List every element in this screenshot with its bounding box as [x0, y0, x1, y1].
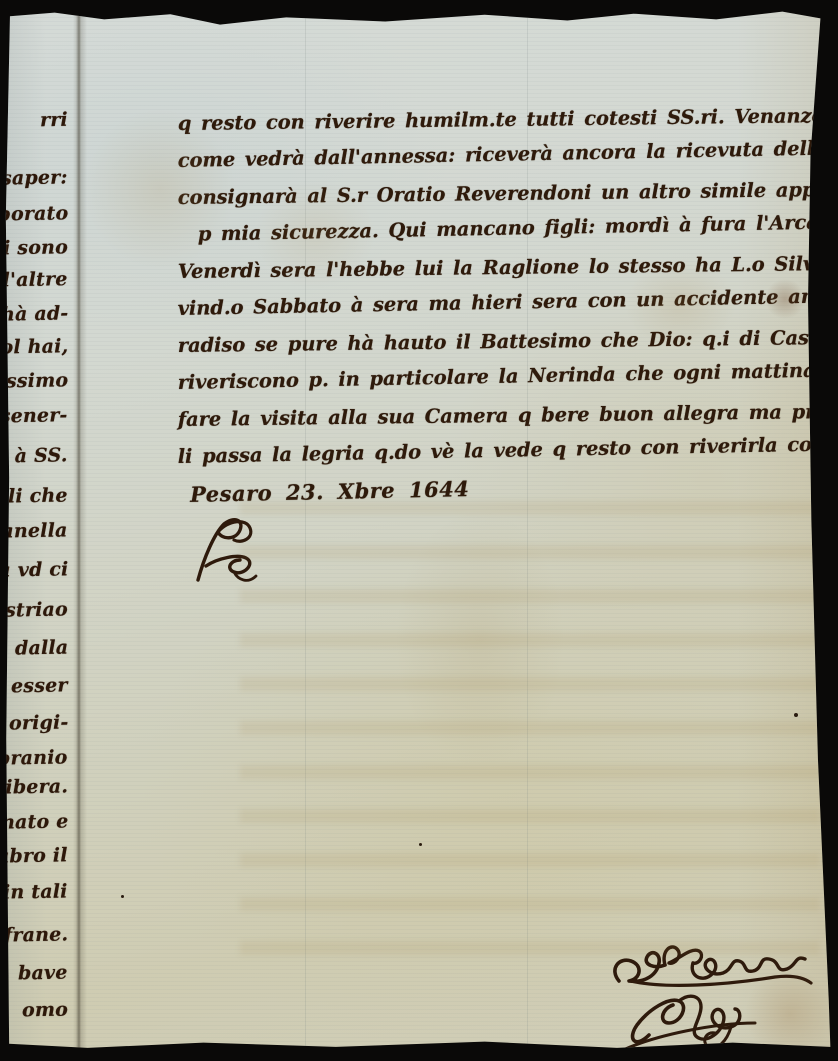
- paraph-flourish: [184, 514, 294, 594]
- manuscript-line: li passa la legria q.do vè la vede q res…: [177, 430, 822, 472]
- text-fragment: branio: [0, 746, 68, 769]
- text-fragment: striao: [5, 598, 68, 621]
- edge-stain: [737, 9, 832, 1051]
- text-fragment: hà ad-: [0, 302, 68, 325]
- text-fragment: ori sono: [0, 236, 68, 260]
- gutter-fold: [73, 9, 87, 1051]
- manuscript-line: fare la visita alla sua Camera q bere bu…: [178, 397, 823, 435]
- age-stain: [395, 509, 565, 769]
- manuscript-line: consignarà al S.r Oratio Reverendoni un …: [178, 175, 823, 213]
- text-fragment: la vd ci: [0, 558, 68, 581]
- text-fragment: li che: [8, 484, 68, 507]
- ink-speck: [121, 895, 124, 898]
- manuscript-line: vind.o Sabbato à sera ma hieri sera con …: [177, 282, 822, 324]
- manuscript-line: radiso se pure hà hauto il Battesimo che…: [178, 323, 823, 361]
- dateline: Pesaro 23. Xbre 1644: [190, 476, 470, 507]
- text-fragment: fanella: [0, 519, 68, 542]
- text-fragment: rri: [40, 109, 68, 131]
- manuscript-line: riveriscono p. in particolare la Nerinda…: [177, 356, 822, 398]
- manuscript-line: q resto con riverire humilm.te tutti cot…: [178, 101, 823, 139]
- text-fragment: omo: [22, 999, 68, 1022]
- manuscript-line: come vedrà dall'annessa: riceverà ancora…: [177, 134, 822, 176]
- text-fragment: frane.: [4, 923, 69, 946]
- text-fragment: to à SS.: [0, 444, 68, 467]
- text-fragment: S sener-: [0, 404, 68, 428]
- text-fragment: dalla: [14, 637, 68, 660]
- ink-speck: [419, 843, 422, 846]
- text-fragment: nato e: [0, 810, 68, 833]
- manuscript-page: rri saper: bborato ori sono no l'altre h…: [5, 9, 832, 1051]
- scan-background: rri saper: bborato ori sono no l'altre h…: [0, 0, 838, 1061]
- text-fragment: lubro il: [0, 844, 68, 867]
- text-fragment: r esser: [0, 674, 68, 697]
- text-fragment: in tali: [3, 880, 68, 903]
- text-fragment: bave: [18, 962, 68, 985]
- text-fragment: origi-: [8, 711, 68, 734]
- ink-speck: [794, 713, 798, 717]
- text-fragment: bborato: [0, 202, 68, 225]
- facing-page-edge: rri saper: bborato ori sono no l'altre h…: [5, 9, 73, 1051]
- text-fragment: libera.: [0, 775, 68, 798]
- text-fragment: dissimo: [0, 369, 68, 392]
- text-fragment: saper:: [1, 166, 68, 189]
- bleed-through-text: [240, 477, 820, 977]
- text-fragment: no l'altre: [0, 268, 68, 292]
- signature-flourish: [605, 939, 820, 1059]
- text-fragment: pol hai,: [0, 335, 68, 358]
- manuscript-line: p mia sicurezza. Qui mancano figli: mord…: [177, 207, 838, 250]
- manuscript-line: Venerdì sera l'hebbe lui la Raglione lo …: [178, 249, 823, 287]
